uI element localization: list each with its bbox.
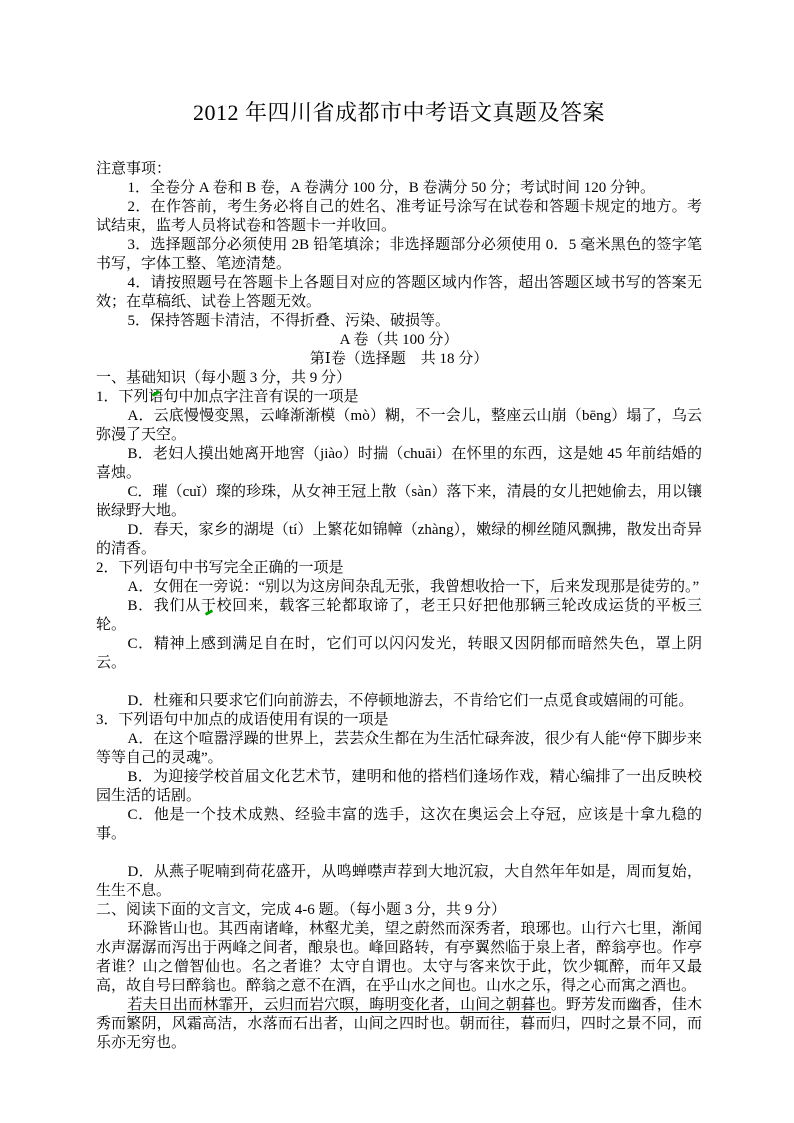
- notice-item-1: 1．全卷分 A 卷和 B 卷，A 卷满分 100 分，B 卷满分 50 分；考试…: [96, 179, 702, 198]
- question-1-stem: 1．下列语句中加点字注音有误的一项是: [96, 388, 702, 407]
- text-segment: 一、基础知识（每小题 3 分，共 9 分）: [96, 370, 351, 386]
- notice-item-5: 5．保持答题卡清洁，不得折叠、污染、破损等。: [96, 312, 702, 331]
- question-3-option-d: D．从燕子呢喃到荷花盛开，从鸣蝉噤声荐到大地沉寂，大自然年年如是，周而复始，生生…: [96, 863, 702, 901]
- classical-passage-paragraph-1: 环滁皆山也。其西南诸峰，林壑尤美，望之蔚然而深秀者，琅琊也。山行六七里，渐闻水声…: [96, 920, 702, 996]
- section-1-heading: 一、基础知识（每小题 3 分，共 9 分）: [96, 369, 702, 388]
- question-3-stem: 3．下列语句中加点的成语使用有误的一项是: [96, 711, 702, 730]
- question-1-option-c: C．璀（cuǐ）璨的珍珠，从女神王冠上散（sàn）落下来，清晨的女儿把她偷去，用…: [96, 483, 702, 521]
- blank-line: [96, 673, 702, 692]
- question-2-option-a: A．女佣在一旁说：“别以为这房间杂乱无张，我曾想收拾一下，后来发现那是徒劳的。”: [96, 578, 702, 597]
- text-segment: B．为迎接学校首届文化艺术节，建明和他的搭档们逢场作戏，精心编排了一出反映校园生…: [96, 769, 702, 804]
- document-title: 2012 年四川省成都市中考语文真题及答案: [96, 100, 702, 126]
- text-segment: 1．全卷分 A 卷和 B 卷，A 卷满分 100 分，B 卷满分 50 分；考试…: [128, 180, 656, 196]
- text-segment: 3．选择题部分必须使用 2B 铅笔填涂；非选择题部分必须使用 0．5 毫米黑色的…: [96, 237, 702, 272]
- underlined-text: 若夫日出而林霏开，云归而岩穴暝，晦明变化者，山间之朝暮也: [128, 997, 551, 1013]
- text-segment: A．云底慢慢变黑，云峰渐渐模（mò）糊，不一会儿，整座云山崩（bēng）塌了，乌…: [96, 408, 702, 443]
- document-page: 2012 年四川省成都市中考语文真题及答案注意事项：1．全卷分 A 卷和 B 卷…: [0, 0, 794, 1123]
- classical-passage-paragraph-2: 若夫日出而林霏开，云归而岩穴暝，晦明变化者，山间之朝暮也。野芳发而幽香，佳木秀而…: [96, 996, 702, 1053]
- part-1-heading: 第Ⅰ卷（选择题 共 18 分）: [96, 350, 702, 369]
- text-segment: 二、阅读下面的文言文，完成 4-6 题。（每小题 3 分，共 9 分）: [96, 902, 506, 918]
- text-segment: 5．保持答题卡清洁，不得折叠、污染、破损等。: [128, 313, 451, 329]
- volume-a-heading: A 卷（共 100 分）: [96, 331, 702, 350]
- text-segment: 注意事项：: [96, 161, 171, 177]
- text-segment: B．老妇人摸出她离开地窖（jiào）时揣（chuāi）在怀里的东西，这是她 45…: [96, 446, 702, 481]
- notice-item-3: 3．选择题部分必须使用 2B 铅笔填涂；非选择题部分必须使用 0．5 毫米黑色的…: [96, 236, 702, 274]
- question-2-stem: 2．下列语句中书写完全正确的一项是: [96, 559, 702, 578]
- text-segment: C．精神上感到满足自在时，它们可以闪闪发光，转眼又因阴郁而暗然失色，罩上阴云。: [96, 636, 702, 671]
- text-segment: B．我们从干校回来，载客三轮都取谛了，老王只好把他那辆三轮改成运货的平板三轮。: [96, 598, 702, 633]
- question-3-option-a: A．在这个喧嚣浮躁的世界上，芸芸众生都在为生活忙碌奔波，很少有人能“停下脚步来等…: [96, 730, 702, 768]
- text-segment: 3．下列语句中加点的成语使用有误的一项是: [96, 712, 389, 728]
- section-2-heading: 二、阅读下面的文言文，完成 4-6 题。（每小题 3 分，共 9 分）: [96, 901, 702, 920]
- text-segment: 第Ⅰ卷（选择题 共 18 分）: [310, 351, 488, 367]
- question-2-option-b: B．我们从干校回来，载客三轮都取谛了，老王只好把他那辆三轮改成运货的平板三轮。: [96, 597, 702, 635]
- text-segment: 2012 年四川省成都市中考语文真题及答案: [193, 100, 605, 125]
- text-segment: D．从燕子呢喃到荷花盛开，从鸣蝉噤声荐到大地沉寂，大自然年年如是，周而复始，生生…: [96, 864, 702, 899]
- question-3-option-c: C．他是一个技术成熟、经验丰富的选手，这次在奥运会上夺冠，应该是十拿九稳的事。: [96, 806, 702, 844]
- question-3-option-b: B．为迎接学校首届文化艺术节，建明和他的搭档们逢场作戏，精心编排了一出反映校园生…: [96, 768, 702, 806]
- notice-item-2: 2．在作答前，考生务必将自己的姓名、准考证号涂写在试卷和答题卡规定的地方。考试结…: [96, 198, 702, 236]
- text-segment: A．女佣在一旁说：“别以为这房间杂乱无张，我曾想收拾一下，后来发现那是徒劳的。”: [128, 579, 700, 595]
- question-2-option-c: C．精神上感到满足自在时，它们可以闪闪发光，转眼又因阴郁而暗然失色，罩上阴云。: [96, 635, 702, 673]
- text-segment: C．他是一个技术成熟、经验丰富的选手，这次在奥运会上夺冠，应该是十拿九稳的事。: [96, 807, 702, 842]
- notice-item-4: 4．请按照题号在答题卡上各题目对应的答题区域内作答，超出答题区域书写的答案无效；…: [96, 274, 702, 312]
- notice-heading: 注意事项：: [96, 160, 702, 179]
- question-2-option-d: D．杜雍和只要求它们向前游去，不停顿地游去，不肯给它们一点觅食或嬉闹的可能。: [96, 692, 702, 711]
- text-segment: 环滁皆山也。其西南诸峰，林壑尤美，望之蔚然而深秀者，琅琊也。山行六七里，渐闻水声…: [96, 921, 702, 994]
- text-segment: A．在这个喧嚣浮躁的世界上，芸芸众生都在为生活忙碌奔波，很少有人能“停下脚步来等…: [96, 731, 702, 766]
- text-segment: 4．请按照题号在答题卡上各题目对应的答题区域内作答，超出答题区域书写的答案无效；…: [96, 275, 702, 310]
- text-segment: 1．下列语句中加点字注音有误的一项是: [96, 389, 359, 405]
- question-1-option-d: D．春天，家乡的湖堤（tí）上繁花如锦幛（zhàng），嫩绿的柳丝随风飘拂，散发…: [96, 521, 702, 559]
- text-segment: D．春天，家乡的湖堤（tí）上繁花如锦幛（zhàng），嫩绿的柳丝随风飘拂，散发…: [96, 522, 702, 557]
- text-segment: A 卷（共 100 分）: [340, 332, 459, 348]
- text-segment: 2．下列语句中书写完全正确的一项是: [96, 560, 344, 576]
- question-1-option-a: A．云底慢慢变黑，云峰渐渐模（mò）糊，不一会儿，整座云山崩（bēng）塌了，乌…: [96, 407, 702, 445]
- text-segment: C．璀（cuǐ）璨的珍珠，从女神王冠上散（sàn）落下来，清晨的女儿把她偷去，用…: [96, 484, 702, 519]
- text-segment: D．杜雍和只要求它们向前游去，不停顿地游去，不肯给它们一点觅食或嬉闹的可能。: [128, 693, 694, 709]
- blank-line: [96, 844, 702, 863]
- document-body: 2012 年四川省成都市中考语文真题及答案注意事项：1．全卷分 A 卷和 B 卷…: [96, 100, 702, 1053]
- question-1-option-b: B．老妇人摸出她离开地窖（jiào）时揣（chuāi）在怀里的东西，这是她 45…: [96, 445, 702, 483]
- text-segment: 2．在作答前，考生务必将自己的姓名、准考证号涂写在试卷和答题卡规定的地方。考试结…: [96, 199, 702, 234]
